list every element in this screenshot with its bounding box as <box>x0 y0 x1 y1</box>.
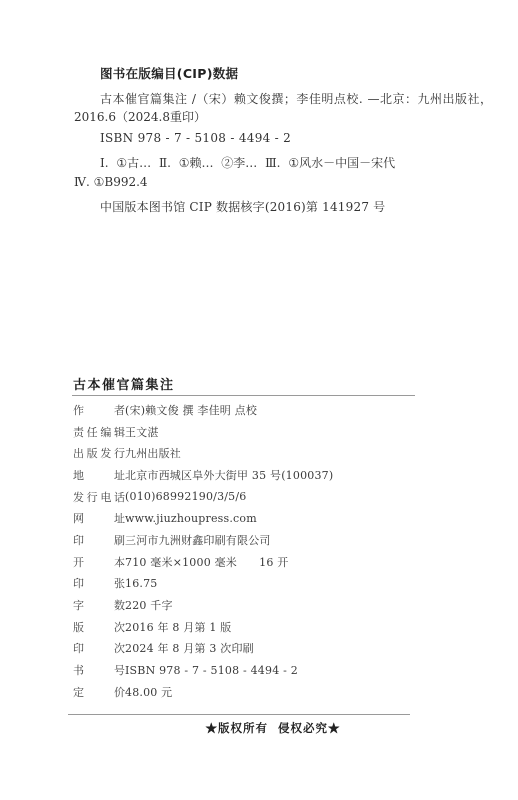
imprint-value: 2024 年 8 月第 3 次印刷 <box>125 640 254 656</box>
bottom-divider <box>68 714 410 715</box>
imprint-value: 北京市西城区阜外大街甲 35 号(100037) <box>125 467 333 483</box>
imprint-label: 书号 <box>73 662 125 678</box>
imprint-label: 网址 <box>73 510 125 526</box>
imprint-row-edition: 版次 2016 年 8 月第 1 版 <box>73 616 333 638</box>
imprint-label: 地址 <box>73 467 125 483</box>
cip-heading: 图书在版编目(CIP)数据 <box>100 64 238 82</box>
cip-classification-line-1: Ⅰ. ①古… Ⅱ. ①赖… ②李… Ⅲ. ①风水－中国－宋代 <box>100 155 395 171</box>
imprint-label: 开本 <box>73 554 125 570</box>
imprint-label: 发行电话 <box>73 489 125 505</box>
imprint-value: 710 毫米×1000 毫米 16 开 <box>125 554 288 570</box>
imprint-value: 220 千字 <box>125 597 173 613</box>
cip-record-number: 中国版本图书馆 CIP 数据核字(2016)第 141927 号 <box>100 199 385 215</box>
imprint-row-format: 开本 710 毫米×1000 毫米 16 开 <box>73 551 333 573</box>
imprint-row-phone: 发行电话 (010)68992190/3/5/6 <box>73 486 333 508</box>
imprint-value: 九州出版社 <box>125 445 181 461</box>
imprint-value: 2016 年 8 月第 1 版 <box>125 619 231 635</box>
imprint-value: (宋)赖文俊 撰 李佳明 点校 <box>125 402 257 418</box>
copyright-page: 图书在版编目(CIP)数据 古本催官篇集注 /（宋）赖文俊撰；李佳明点校. —北… <box>0 0 518 800</box>
imprint-label: 作者 <box>73 402 125 418</box>
cip-isbn: ISBN 978 - 7 - 5108 - 4494 - 2 <box>100 130 291 146</box>
cip-description-line-2: 2016.6（2024.8重印） <box>74 109 206 125</box>
imprint-row-isbn: 书号 ISBN 978 - 7 - 5108 - 4494 - 2 <box>73 659 333 681</box>
copyright-notice: ★版权所有 侵权必究★ <box>0 720 518 736</box>
imprint-table: 作者 (宋)赖文俊 撰 李佳明 点校 责任编辑 王文湛 出版发行 九州出版社 地… <box>73 399 333 703</box>
imprint-row-price: 定价 48.00 元 <box>73 681 333 703</box>
imprint-label: 印张 <box>73 575 125 591</box>
imprint-value: ISBN 978 - 7 - 5108 - 4494 - 2 <box>125 664 298 677</box>
cip-classification-line-2: Ⅳ. ①B992.4 <box>74 174 148 190</box>
imprint-value: 三河市九洲财鑫印刷有限公司 <box>125 532 271 548</box>
imprint-label: 出版发行 <box>73 445 125 461</box>
imprint-label: 定价 <box>73 684 125 700</box>
imprint-row-sheets: 印张 16.75 <box>73 573 333 595</box>
imprint-label: 责任编辑 <box>73 424 125 440</box>
top-divider <box>72 395 415 396</box>
imprint-label: 字数 <box>73 597 125 613</box>
imprint-value: 16.75 <box>125 577 158 590</box>
cip-description-line-1: 古本催官篇集注 /（宋）赖文俊撰；李佳明点校. —北京：九州出版社， <box>100 91 493 107</box>
imprint-row-address: 地址 北京市西城区阜外大街甲 35 号(100037) <box>73 464 333 486</box>
imprint-row-website: 网址 www.jiuzhoupress.com <box>73 507 333 529</box>
imprint-label: 印次 <box>73 640 125 656</box>
imprint-row-printer: 印刷 三河市九洲财鑫印刷有限公司 <box>73 529 333 551</box>
imprint-row-editor: 责任编辑 王文湛 <box>73 421 333 443</box>
imprint-value: 48.00 元 <box>125 684 172 700</box>
imprint-row-word-count: 字数 220 千字 <box>73 594 333 616</box>
imprint-value: www.jiuzhoupress.com <box>125 512 257 525</box>
imprint-label: 印刷 <box>73 532 125 548</box>
book-title: 古本催官篇集注 <box>73 374 175 393</box>
imprint-row-printing: 印次 2024 年 8 月第 3 次印刷 <box>73 638 333 660</box>
imprint-value: 王文湛 <box>125 424 159 440</box>
imprint-row-author: 作者 (宋)赖文俊 撰 李佳明 点校 <box>73 399 333 421</box>
imprint-row-publisher: 出版发行 九州出版社 <box>73 442 333 464</box>
imprint-label: 版次 <box>73 619 125 635</box>
imprint-value: (010)68992190/3/5/6 <box>125 490 246 503</box>
